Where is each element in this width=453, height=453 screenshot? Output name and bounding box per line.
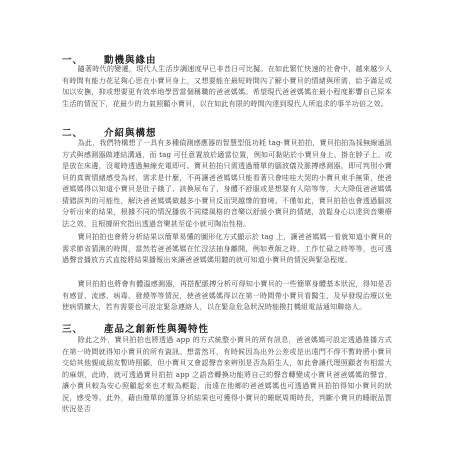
- section-heading-3: 三、產品之創新性與獨特性: [62, 321, 209, 335]
- paragraph: 隨著時代的變遷，現代人生活步調速度早已非昔日可比擬。在如此繁忙快速的社會中，越來…: [62, 63, 392, 109]
- paragraph: 除此之外，寶貝拍拍也將透過 app 的方式統整小寶貝的所有訊息，爸爸媽媽可設定透…: [62, 334, 392, 415]
- paragraph: 寶貝拍拍也將會有體溫感測器，再搭配脈搏分析可得知小寶貝的一些簡單身體基本狀況，得…: [62, 278, 392, 313]
- section-number: 三、: [62, 321, 104, 335]
- paragraph: 寶貝拍拍也會將分析結果以簡單易懂的圖形化方式顯示於 tag 上，讓爸爸媽媽一看就…: [62, 231, 392, 266]
- paragraph: 為此，我們特構想了一具有多種偵測感應器的智慧型低功耗 tag-寶貝拍拍，寶貝拍拍…: [62, 137, 392, 229]
